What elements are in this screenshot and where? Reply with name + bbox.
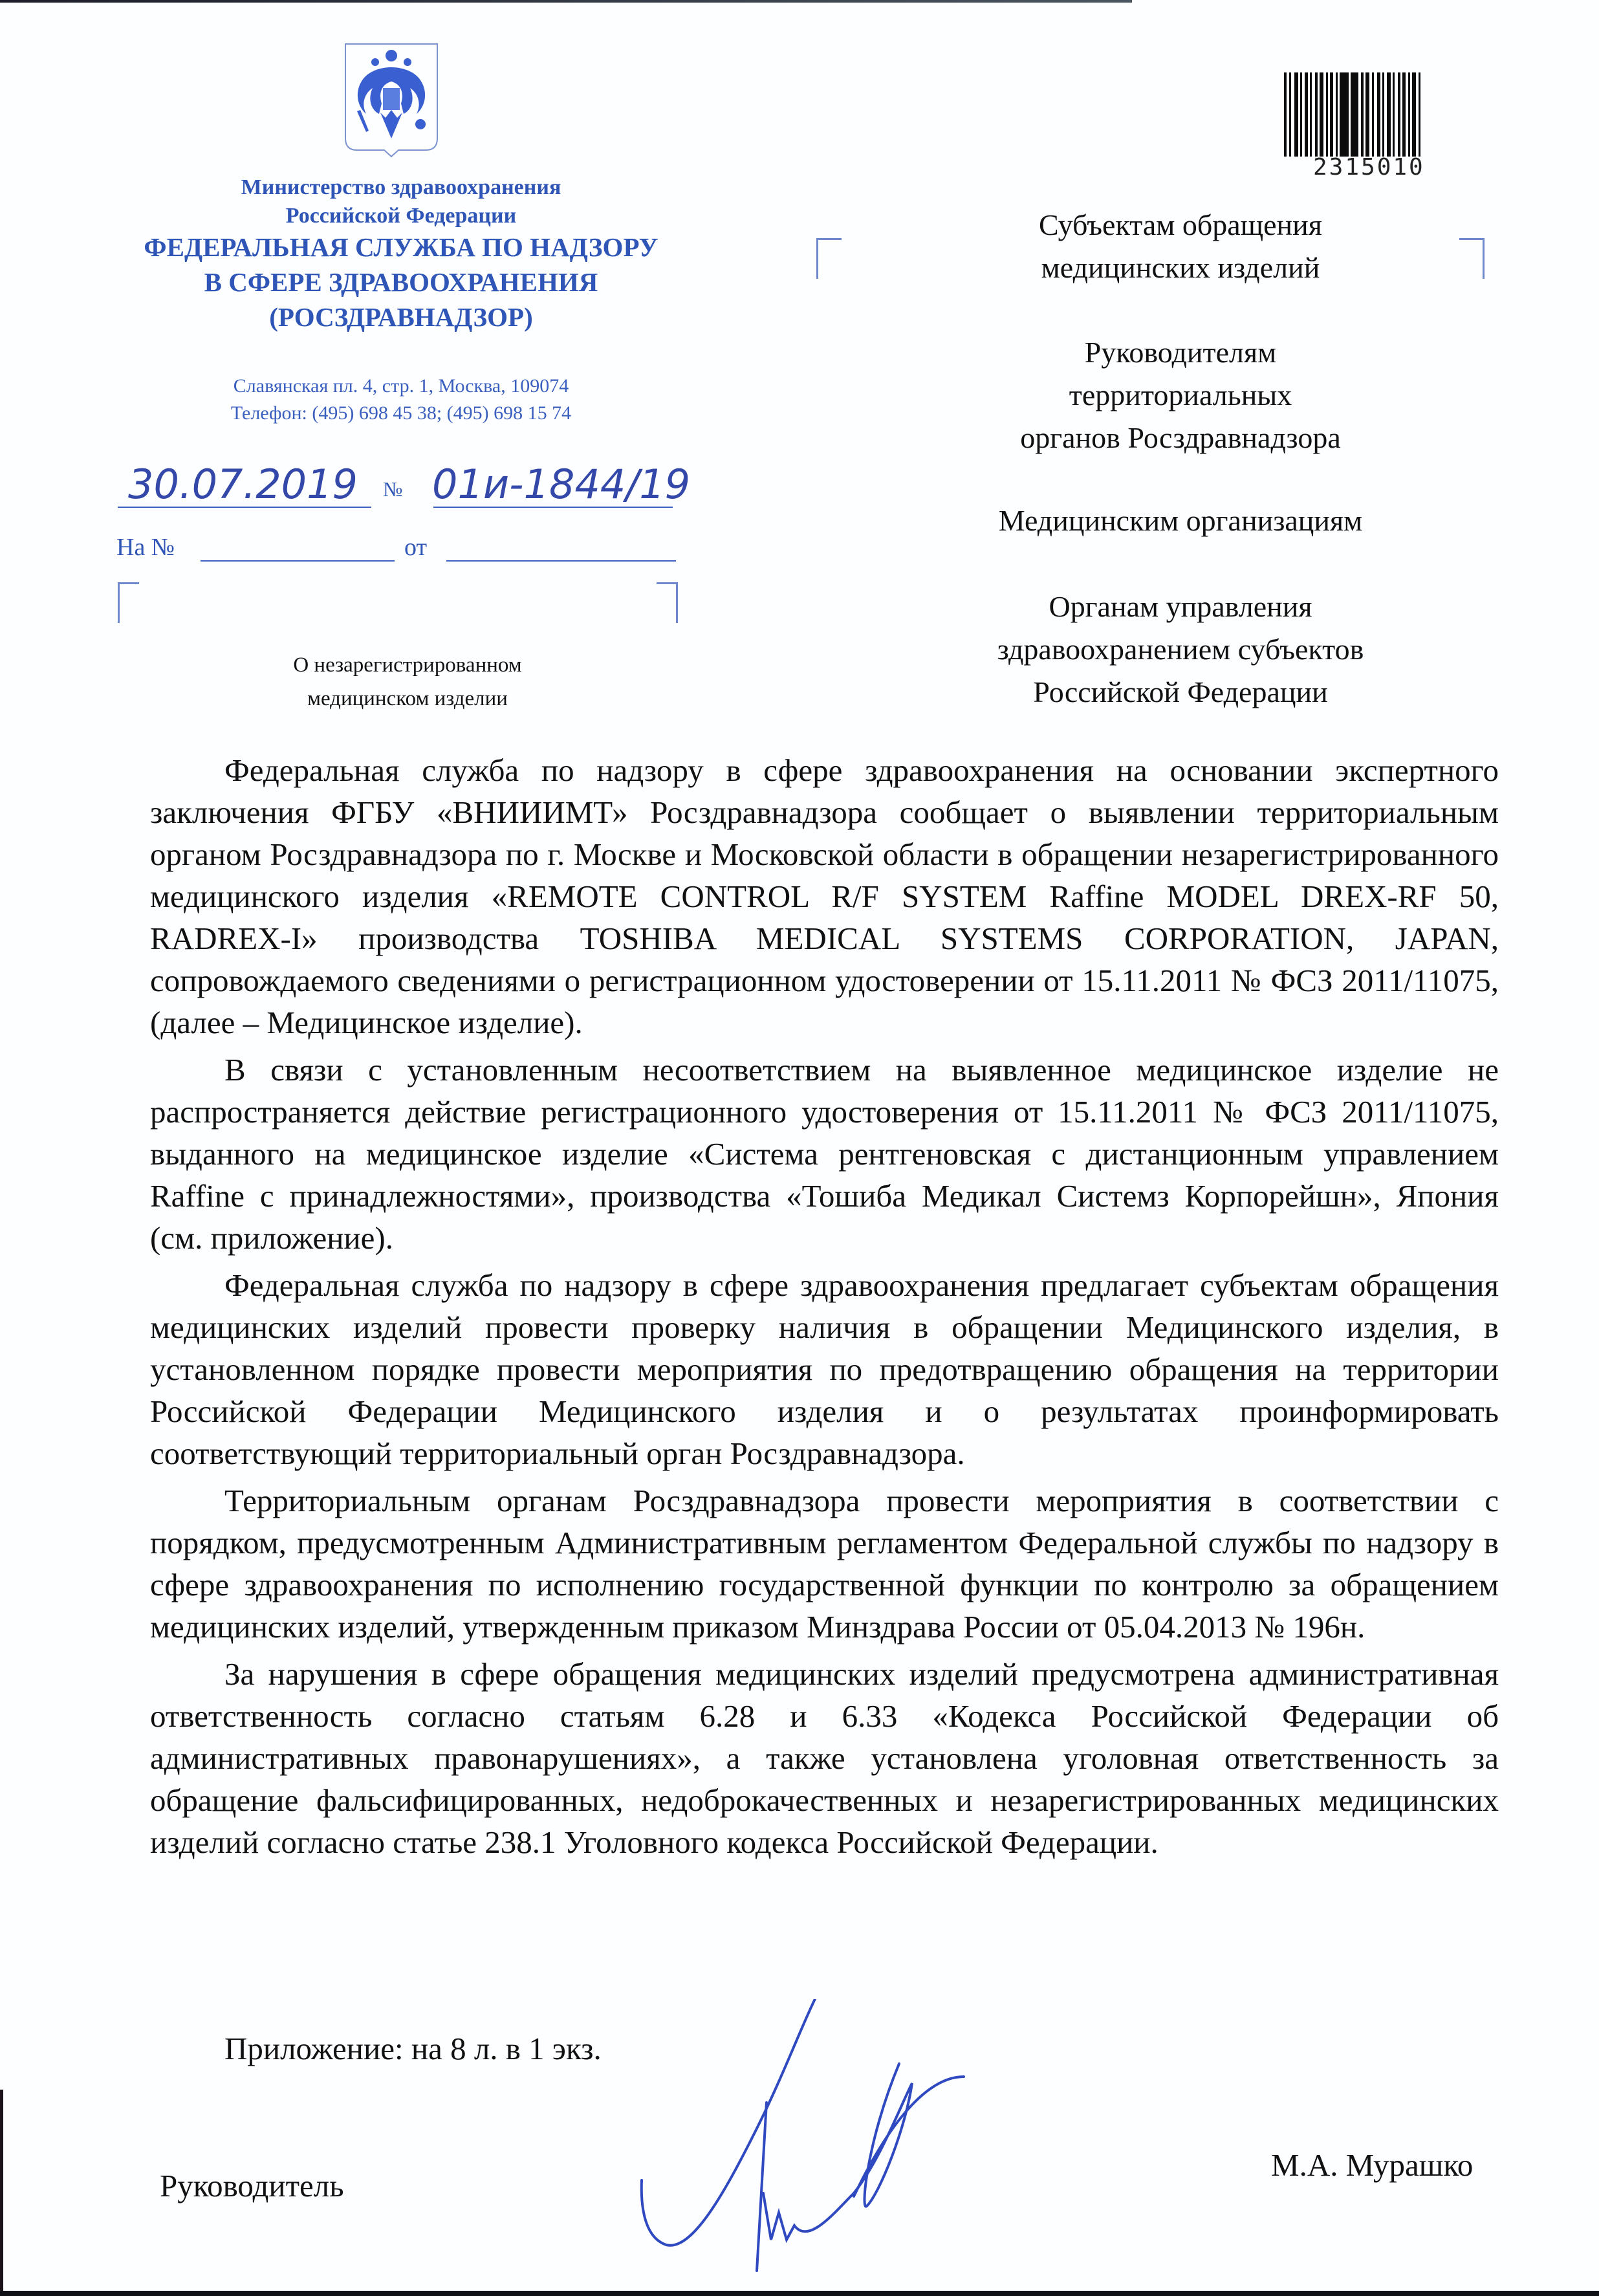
- body-paragraph: В связи с установленным несоответствием …: [150, 1049, 1499, 1259]
- registration-number: 01и-1844/19: [432, 461, 690, 508]
- reply-to-label: На №: [116, 533, 175, 562]
- russian-coat-of-arms-icon: [343, 41, 440, 158]
- agency-line-3: (РОСЗДРАВНАДЗОР): [129, 300, 673, 334]
- body-paragraph: Федеральная служба по надзору в сфере зд…: [150, 1264, 1499, 1474]
- agency-address: Славянская пл. 4, стр. 1, Москва, 109074: [129, 373, 673, 400]
- date-underline: [118, 507, 371, 508]
- number-underline: [433, 507, 673, 508]
- barcode-number: 2315010: [1313, 154, 1425, 180]
- addressee-corner-right: [1459, 238, 1485, 279]
- agency-line-2: В СФЕРЕ ЗДРАВООХРАНЕНИЯ: [129, 265, 673, 300]
- scan-edge-bottom: [0, 2291, 1599, 2296]
- addressee-4-line-3: Российской Федерации: [906, 671, 1455, 714]
- addressee-1-line-1: Субъектам обращения: [906, 204, 1455, 246]
- addressee-1: Субъектам обращения медицинских изделий: [906, 204, 1455, 289]
- agency-phone: Телефон: (495) 698 45 38; (495) 698 15 7…: [129, 400, 673, 427]
- attachment-note: Приложение: на 8 л. в 1 экз.: [224, 2030, 602, 2067]
- letter-page: Министерство здравоохранения Российской …: [0, 0, 1599, 2296]
- addressee-2-line-3: органов Росздравнадзора: [906, 417, 1455, 459]
- from-label: от: [404, 533, 427, 562]
- agency-line-1: ФЕДЕРАЛЬНАЯ СЛУЖБА ПО НАДЗОРУ: [129, 230, 673, 265]
- addressee-4: Органам управления здравоохранением субъ…: [906, 585, 1455, 714]
- subject-corner-left: [118, 582, 139, 623]
- ministry-line-2: Российской Федерации: [129, 202, 673, 230]
- addressee-3-line-1: Медицинским организациям: [906, 499, 1455, 542]
- agency-name: ФЕДЕРАЛЬНАЯ СЛУЖБА ПО НАДЗОРУ В СФЕРЕ ЗД…: [129, 230, 673, 334]
- ministry-name: Министерство здравоохранения Российской …: [129, 173, 673, 230]
- signer-title: Руководитель: [160, 2167, 344, 2204]
- addressee-4-line-1: Органам управления: [906, 585, 1455, 628]
- scan-edge-left: [0, 2090, 3, 2296]
- barcode-icon: [1284, 72, 1478, 157]
- letter-body: Федеральная служба по надзору в сфере зд…: [150, 749, 1499, 1863]
- ministry-line-1: Министерство здравоохранения: [129, 173, 673, 202]
- reply-to-field[interactable]: [201, 560, 395, 562]
- agency-contacts: Славянская пл. 4, стр. 1, Москва, 109074…: [129, 373, 673, 427]
- signer-name: М.А. Мурашко: [1271, 2147, 1473, 2183]
- number-sign: №: [383, 477, 403, 501]
- body-paragraph: Федеральная служба по надзору в сфере зд…: [150, 749, 1499, 1044]
- subject-line-1: О незарегистрированном: [246, 648, 569, 682]
- subject-line-2: медицинском изделии: [246, 682, 569, 716]
- addressee-corner-left: [816, 238, 842, 279]
- letter-subject: О незарегистрированном медицинском издел…: [246, 648, 569, 716]
- subject-corner-right: [657, 582, 678, 623]
- addressee-1-line-2: медицинских изделий: [906, 246, 1455, 289]
- scan-edge-top: [0, 0, 1132, 3]
- body-paragraph: Территориальным органам Росздравнадзора …: [150, 1480, 1499, 1648]
- from-field[interactable]: [446, 560, 676, 562]
- body-paragraph: За нарушения в сфере обращения медицинск…: [150, 1653, 1499, 1863]
- addressee-4-line-2: здравоохранением субъектов: [906, 628, 1455, 671]
- addressee-3: Медицинским организациям: [906, 499, 1455, 542]
- addressee-2-line-2: территориальных: [906, 374, 1455, 417]
- registration-date: 30.07.2019: [128, 461, 358, 508]
- handwritten-signature-icon: [621, 1999, 1035, 2277]
- addressee-2: Руководителям территориальных органов Ро…: [906, 331, 1455, 459]
- addressee-2-line-1: Руководителям: [906, 331, 1455, 374]
